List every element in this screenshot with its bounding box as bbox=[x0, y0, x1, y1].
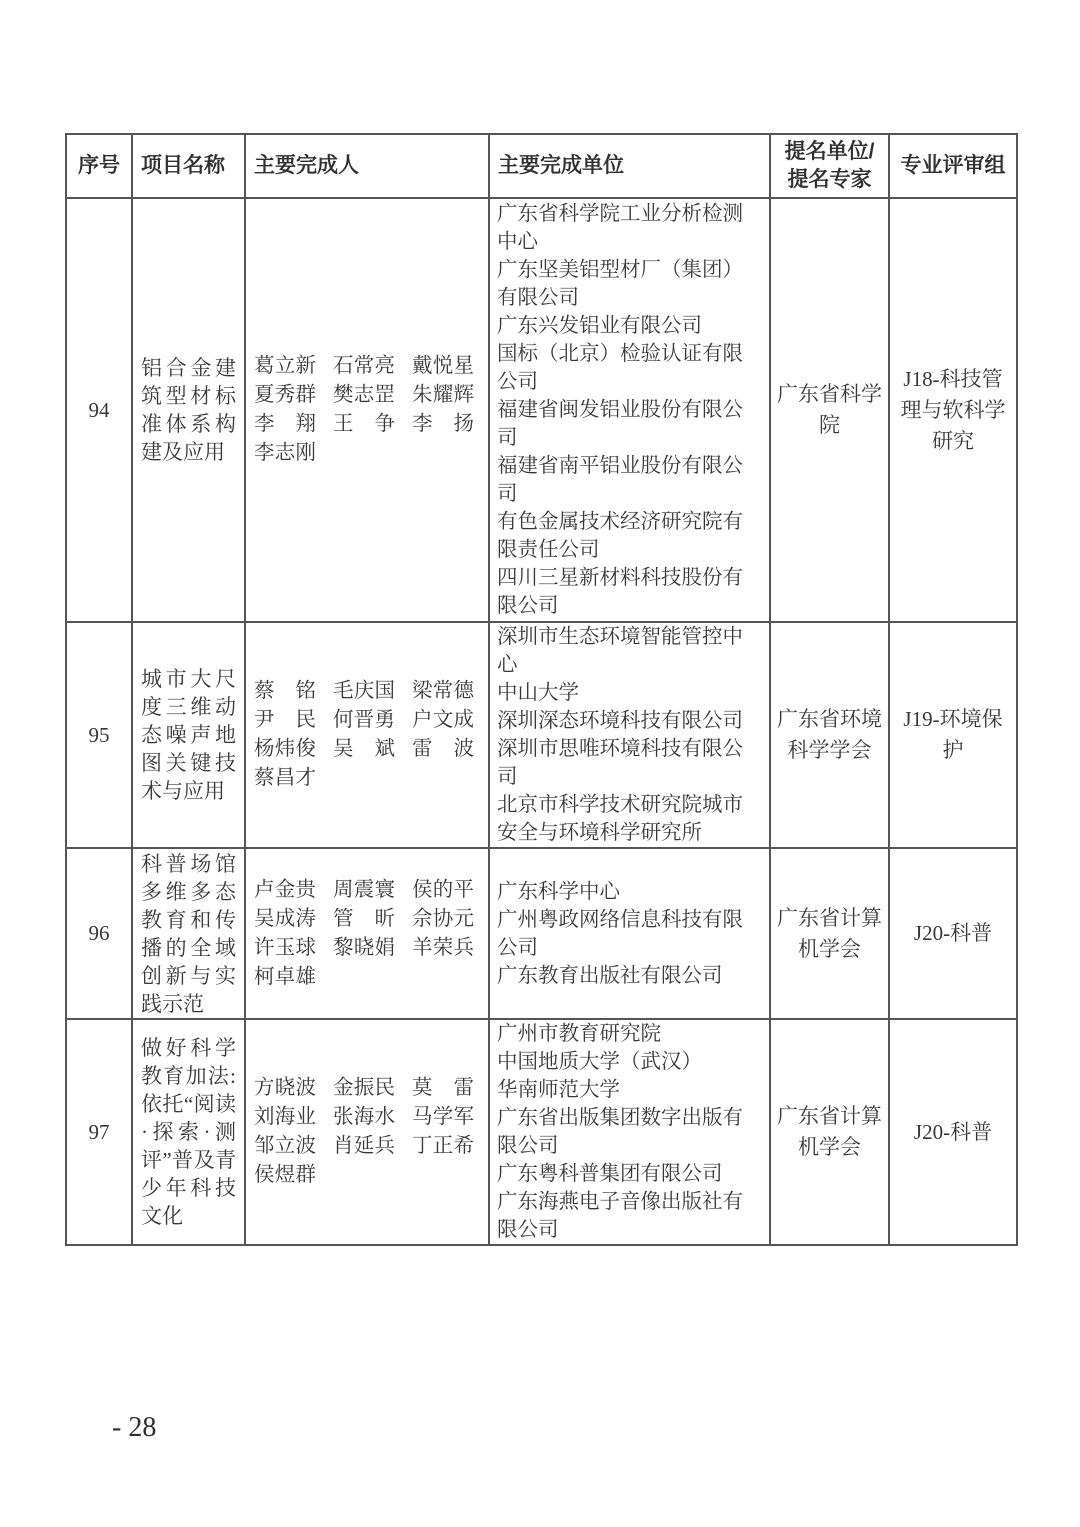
document-page: 序号项目名称主要完成人主要完成单位提名单位/提名专家专业评审组 94铝合金建筑型… bbox=[0, 0, 1080, 1527]
names-line: 许玉球黎晓娟羊荣兵 bbox=[254, 934, 474, 963]
names-line: 侯煜群 bbox=[254, 1161, 474, 1190]
person-name: 刘海业 bbox=[254, 1103, 316, 1132]
names-line: 夏秀群樊志罡朱耀辉 bbox=[254, 381, 474, 410]
person-name: 周震寰 bbox=[333, 876, 395, 905]
names-line: 刘海业张海水马学军 bbox=[254, 1103, 474, 1132]
header-nominator: 提名单位/提名专家 bbox=[770, 134, 889, 198]
person-name: 许玉球 bbox=[254, 934, 316, 963]
cell-serial-number: 97 bbox=[66, 1019, 132, 1245]
unit-item: 广东省科学院工业分析检测中心 bbox=[497, 200, 745, 256]
names-line: 蔡铭毛庆国梁常德 bbox=[254, 677, 474, 706]
cell-review-group: J20-科普 bbox=[889, 848, 1017, 1019]
person-name: 侯煜群 bbox=[254, 1161, 316, 1190]
names-line: 杨炜俊吴斌雷波 bbox=[254, 735, 474, 764]
cell-review-group: J18-科技管理与软科学研究 bbox=[889, 198, 1017, 622]
cell-nominator: 广东省计算机学会 bbox=[770, 848, 889, 1019]
header-row: 序号项目名称主要完成人主要完成单位提名单位/提名专家专业评审组 bbox=[66, 134, 1017, 198]
cell-main-units: 深圳市生态环境智能管控中心中山大学深圳深态环境科技有限公司深圳市思唯环境科技有限… bbox=[489, 622, 770, 848]
person-name: 管昕 bbox=[333, 905, 395, 934]
names-line: 尹民何晋勇户文成 bbox=[254, 706, 474, 735]
header-no: 序号 bbox=[66, 134, 132, 198]
unit-item: 中山大学 bbox=[497, 679, 745, 707]
unit-item: 广东省出版集团数字出版有限公司 bbox=[497, 1104, 745, 1160]
unit-item: 广东坚美铝型材厂（集团）有限公司 bbox=[497, 256, 745, 312]
unit-item: 广东粤科普集团有限公司 bbox=[497, 1160, 745, 1188]
header-people: 主要完成人 bbox=[245, 134, 489, 198]
cell-main-units: 广东省科学院工业分析检测中心广东坚美铝型材厂（集团）有限公司广东兴发铝业有限公司… bbox=[489, 198, 770, 622]
names-line: 蔡昌才 bbox=[254, 764, 474, 793]
cell-main-completers: 葛立新石常亮戴悦星夏秀群樊志罡朱耀辉李翔王争李扬李志刚 bbox=[245, 198, 489, 622]
person-name: 吴斌 bbox=[333, 735, 395, 764]
unit-item: 广东教育出版社有限公司 bbox=[497, 962, 745, 990]
names-line: 卢金贵周震寰侯的平 bbox=[254, 876, 474, 905]
table-row-96: 96科普场馆多维多态教育和传播的全域创新与实践示范卢金贵周震寰侯的平吴成涛管昕佘… bbox=[66, 848, 1017, 1019]
person-name: 柯卓雄 bbox=[254, 963, 316, 992]
unit-item: 广州粤政网络信息科技有限公司 bbox=[497, 906, 745, 962]
cell-serial-number: 95 bbox=[66, 622, 132, 848]
person-name: 李志刚 bbox=[254, 439, 316, 468]
header-review_group: 专业评审组 bbox=[889, 134, 1017, 198]
person-name: 羊荣兵 bbox=[412, 934, 474, 963]
person-name: 莫雷 bbox=[412, 1074, 474, 1103]
cell-serial-number: 96 bbox=[66, 848, 132, 1019]
person-name: 马学军 bbox=[412, 1103, 474, 1132]
person-name: 雷波 bbox=[412, 735, 474, 764]
names-line: 邹立波肖延兵丁正希 bbox=[254, 1132, 474, 1161]
person-name: 方晓波 bbox=[254, 1074, 316, 1103]
cell-main-units: 广东科学中心广州粤政网络信息科技有限公司广东教育出版社有限公司 bbox=[489, 848, 770, 1019]
person-name: 卢金贵 bbox=[254, 876, 316, 905]
projects-table: 序号项目名称主要完成人主要完成单位提名单位/提名专家专业评审组 94铝合金建筑型… bbox=[65, 133, 1018, 1246]
person-name: 夏秀群 bbox=[254, 381, 316, 410]
cell-serial-number: 94 bbox=[66, 198, 132, 622]
person-name: 杨炜俊 bbox=[254, 735, 316, 764]
cell-project-title: 铝合金建筑型材标准体系构建及应用 bbox=[132, 198, 245, 622]
cell-main-units: 广州市教育研究院中国地质大学（武汉）华南师范大学广东省出版集团数字出版有限公司广… bbox=[489, 1019, 770, 1245]
cell-project-title: 科普场馆多维多态教育和传播的全域创新与实践示范 bbox=[132, 848, 245, 1019]
names-line: 葛立新石常亮戴悦星 bbox=[254, 352, 474, 381]
header-units: 主要完成单位 bbox=[489, 134, 770, 198]
unit-item: 深圳市思唯环境科技有限公司 bbox=[497, 735, 745, 791]
person-name: 戴悦星 bbox=[412, 352, 474, 381]
unit-item: 中国地质大学（武汉） bbox=[497, 1048, 745, 1076]
person-name: 张海水 bbox=[333, 1103, 395, 1132]
names-line: 李翔王争李扬 bbox=[254, 410, 474, 439]
person-name: 蔡昌才 bbox=[254, 764, 316, 793]
person-name: 肖延兵 bbox=[333, 1132, 395, 1161]
names-line: 吴成涛管昕佘协元 bbox=[254, 905, 474, 934]
names-line: 方晓波金振民莫雷 bbox=[254, 1074, 474, 1103]
project-title: 做好科学教育加法:依托“阅读·探索·测评”普及青少年科技文化 bbox=[141, 1034, 236, 1230]
person-name: 梁常德 bbox=[412, 677, 474, 706]
person-name: 尹民 bbox=[254, 706, 316, 735]
person-name: 石常亮 bbox=[333, 352, 395, 381]
unit-item: 广东海燕电子音像出版社有限公司 bbox=[497, 1188, 745, 1244]
person-name: 丁正希 bbox=[412, 1132, 474, 1161]
table-row-97: 97做好科学教育加法:依托“阅读·探索·测评”普及青少年科技文化方晓波金振民莫雷… bbox=[66, 1019, 1017, 1245]
header-title: 项目名称 bbox=[132, 134, 245, 198]
person-name: 王争 bbox=[333, 410, 395, 439]
person-name: 吴成涛 bbox=[254, 905, 316, 934]
person-name: 金振民 bbox=[333, 1074, 395, 1103]
names-line: 李志刚 bbox=[254, 439, 474, 468]
unit-item: 深圳市生态环境智能管控中心 bbox=[497, 623, 745, 679]
unit-item: 北京市科学技术研究院城市安全与环境科学研究所 bbox=[497, 791, 745, 847]
cell-nominator: 广东省计算机学会 bbox=[770, 1019, 889, 1245]
unit-item: 广州市教育研究院 bbox=[497, 1020, 745, 1048]
unit-item: 有色金属技术经济研究院有限责任公司 bbox=[497, 508, 745, 564]
unit-item: 国标（北京）检验认证有限公司 bbox=[497, 340, 745, 396]
person-name: 蔡铭 bbox=[254, 677, 316, 706]
unit-item: 福建省闽发铝业股份有限公司 bbox=[497, 396, 745, 452]
cell-project-title: 做好科学教育加法:依托“阅读·探索·测评”普及青少年科技文化 bbox=[132, 1019, 245, 1245]
person-name: 樊志罡 bbox=[333, 381, 395, 410]
unit-item: 四川三星新材料科技股份有限公司 bbox=[497, 564, 745, 620]
page-number: - 28 bbox=[112, 1412, 156, 1444]
cell-project-title: 城市大尺度三维动态噪声地图关键技术与应用 bbox=[132, 622, 245, 848]
person-name: 佘协元 bbox=[412, 905, 474, 934]
person-name: 侯的平 bbox=[412, 876, 474, 905]
project-title: 科普场馆多维多态教育和传播的全域创新与实践示范 bbox=[141, 850, 236, 1018]
table-row-94: 94铝合金建筑型材标准体系构建及应用葛立新石常亮戴悦星夏秀群樊志罡朱耀辉李翔王争… bbox=[66, 198, 1017, 622]
cell-nominator: 广东省环境科学学会 bbox=[770, 622, 889, 848]
person-name: 葛立新 bbox=[254, 352, 316, 381]
person-name: 邹立波 bbox=[254, 1132, 316, 1161]
unit-item: 深圳深态环境科技有限公司 bbox=[497, 707, 745, 735]
person-name: 朱耀辉 bbox=[412, 381, 474, 410]
project-title: 城市大尺度三维动态噪声地图关键技术与应用 bbox=[141, 665, 236, 805]
project-title: 铝合金建筑型材标准体系构建及应用 bbox=[141, 354, 236, 466]
person-name: 户文成 bbox=[412, 706, 474, 735]
names-line: 柯卓雄 bbox=[254, 963, 474, 992]
cell-main-completers: 方晓波金振民莫雷刘海业张海水马学军邹立波肖延兵丁正希侯煜群 bbox=[245, 1019, 489, 1245]
person-name: 黎晓娟 bbox=[333, 934, 395, 963]
person-name: 何晋勇 bbox=[333, 706, 395, 735]
unit-item: 广东科学中心 bbox=[497, 878, 745, 906]
table-row-95: 95城市大尺度三维动态噪声地图关键技术与应用蔡铭毛庆国梁常德尹民何晋勇户文成杨炜… bbox=[66, 622, 1017, 848]
unit-item: 华南师范大学 bbox=[497, 1076, 745, 1104]
person-name: 李翔 bbox=[254, 410, 316, 439]
cell-nominator: 广东省科学院 bbox=[770, 198, 889, 622]
unit-item: 福建省南平铝业股份有限公司 bbox=[497, 452, 745, 508]
person-name: 李扬 bbox=[412, 410, 474, 439]
cell-review-group: J19-环境保护 bbox=[889, 622, 1017, 848]
cell-review-group: J20-科普 bbox=[889, 1019, 1017, 1245]
unit-item: 广东兴发铝业有限公司 bbox=[497, 312, 745, 340]
cell-main-completers: 卢金贵周震寰侯的平吴成涛管昕佘协元许玉球黎晓娟羊荣兵柯卓雄 bbox=[245, 848, 489, 1019]
cell-main-completers: 蔡铭毛庆国梁常德尹民何晋勇户文成杨炜俊吴斌雷波蔡昌才 bbox=[245, 622, 489, 848]
person-name: 毛庆国 bbox=[333, 677, 395, 706]
